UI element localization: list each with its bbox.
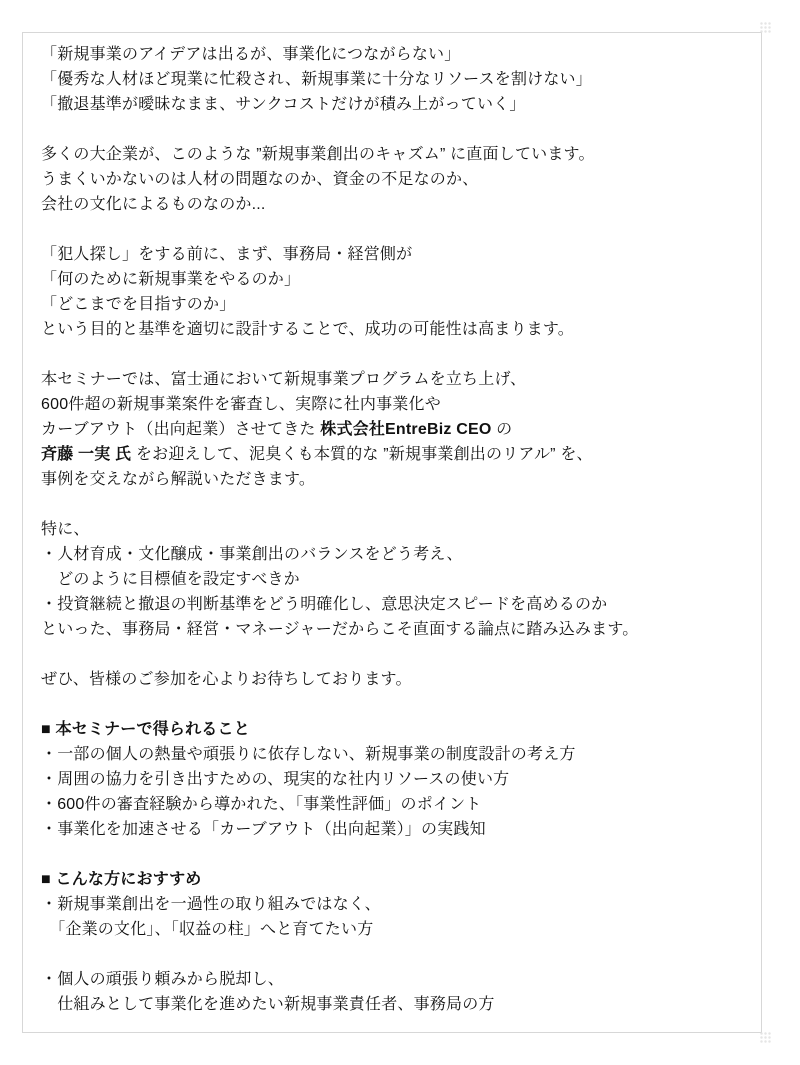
selection-handle-top-right-icon[interactable]: [760, 22, 771, 33]
text-line: 「何のために新規事業をやるのか」: [41, 267, 743, 292]
blank-line: [41, 117, 743, 142]
blank-line: [41, 642, 743, 667]
page: { "document": { "border_color": "#d7d7d7…: [0, 0, 800, 1065]
text-line: 仕組みとして事業化を進めたい新規事業責任者、事務局の方: [41, 992, 743, 1017]
text-line: 多くの大企業が、このような ”新規事業創出のキャズム” に直面しています。: [41, 142, 743, 167]
text-line: という目的と基準を適切に設計することで、成功の可能性は高まります。: [41, 317, 743, 342]
blank-line: [41, 342, 743, 367]
text-line: 「犯人探し」をする前に、まず、事務局・経営側が: [41, 242, 743, 267]
text-line: 事例を交えながら解説いただきます。: [41, 467, 743, 492]
blank-line: [41, 217, 743, 242]
text-line: ・新規事業創出を一過性の取り組みではなく、: [41, 892, 743, 917]
text-line: 「どこまでを目指すのか」: [41, 292, 743, 317]
seminar-description-textarea[interactable]: 「新規事業のアイデアは出るが、事業化につながらない」「優秀な人材ほど現業に忙殺さ…: [22, 32, 762, 1033]
text-line: カーブアウト（出向起業）させてきた 株式会社EntreBiz CEO の: [41, 417, 743, 442]
text-line: 600件超の新規事業案件を審査し、実際に社内事業化や: [41, 392, 743, 417]
text-line: ・周囲の協力を引き出すための、現実的な社内リソースの使い方: [41, 767, 743, 792]
text-line: ・事業化を加速させる「カーブアウト（出向起業）」の実践知: [41, 817, 743, 842]
blank-line: [41, 842, 743, 867]
text-line: ■ 本セミナーで得られること: [41, 717, 743, 742]
text-line: 「優秀な人材ほど現業に忙殺され、新規事業に十分なリソースを割けない」: [41, 67, 743, 92]
text-line: 「新規事業のアイデアは出るが、事業化につながらない」: [41, 42, 743, 67]
blank-line: [41, 692, 743, 717]
text-line: ■ こんな方におすすめ: [41, 867, 743, 892]
text-line: 斉藤 一実 氏 をお迎えして、泥臭くも本質的な ”新規事業創出のリアル” を、: [41, 442, 743, 467]
text-line: ・600件の審査経験から導かれた、「事業性評価」のポイント: [41, 792, 743, 817]
blank-line: [41, 942, 743, 967]
text-line: ・投資継続と撤退の判断基準をどう明確化し、意思決定スピードを高めるのか: [41, 592, 743, 617]
text-line: 「撤退基準が曖昧なまま、サンクコストだけが積み上がっていく」: [41, 92, 743, 117]
text-line: ・一部の個人の熱量や頑張りに依存しない、新規事業の制度設計の考え方: [41, 742, 743, 767]
text-line: 特に、: [41, 517, 743, 542]
text-line: ・個人の頑張り頼みから脱却し、: [41, 967, 743, 992]
text-line: 「企業の文化」、「収益の柱」へと育てたい方: [41, 917, 743, 942]
text-line: 本セミナーでは、富士通において新規事業プログラムを立ち上げ、: [41, 367, 743, 392]
text-line: といった、事務局・経営・マネージャーだからこそ直面する論点に踏み込みます。: [41, 617, 743, 642]
text-line: ぜひ、皆様のご参加を心よりお待ちしております。: [41, 667, 743, 692]
resize-handle-icon[interactable]: [760, 1032, 771, 1043]
text-line: 会社の文化によるものなのか...: [41, 192, 743, 217]
seminar-description-text: 「新規事業のアイデアは出るが、事業化につながらない」「優秀な人材ほど現業に忙殺さ…: [41, 42, 743, 1017]
text-line: ・人材育成・文化醸成・事業創出のバランスをどう考え、: [41, 542, 743, 567]
blank-line: [41, 492, 743, 517]
text-line: うまくいかないのは人材の問題なのか、資金の不足なのか、: [41, 167, 743, 192]
text-line: どのように目標値を設定すべきか: [41, 567, 743, 592]
